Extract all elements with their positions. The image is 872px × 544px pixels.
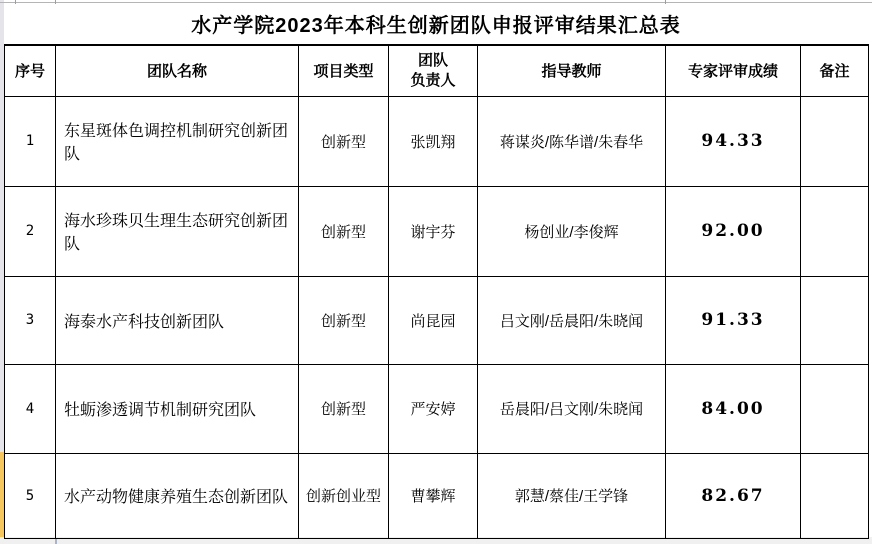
header-team-name: 团队名称 xyxy=(56,45,299,96)
cell-serial: 2 xyxy=(5,186,56,276)
cell-team-name: 海泰水产科技创新团队 xyxy=(56,276,299,364)
cell-leader: 曹攀辉 xyxy=(389,453,478,538)
gridline-tick xyxy=(55,538,57,544)
cell-score: 84.00 xyxy=(666,364,801,453)
table-row: 2 海水珍珠贝生理生态研究创新团队 创新型 谢宇芬 杨创业/李俊辉 92.00 xyxy=(5,186,869,276)
cell-leader: 严安婷 xyxy=(389,364,478,453)
cell-project-type: 创新型 xyxy=(299,186,389,276)
cell-advisors: 岳晨阳/吕文刚/朱晓闻 xyxy=(478,364,666,453)
cell-remarks xyxy=(801,276,869,364)
header-serial: 序号 xyxy=(5,45,56,96)
cell-serial: 3 xyxy=(5,276,56,364)
header-project-type: 项目类型 xyxy=(299,45,389,96)
cell-advisors: 杨创业/李俊辉 xyxy=(478,186,666,276)
cell-advisors: 郭慧/蔡佳/王学锋 xyxy=(478,453,666,538)
header-score: 专家评审成绩 xyxy=(666,45,801,96)
cell-advisors: 蒋谋炎/陈华谱/朱春华 xyxy=(478,96,666,186)
header-remarks: 备注 xyxy=(801,45,869,96)
cell-serial: 5 xyxy=(5,453,56,538)
cell-team-name: 牡蛎渗透调节机制研究团队 xyxy=(56,364,299,453)
cell-remarks xyxy=(801,453,869,538)
cell-remarks xyxy=(801,364,869,453)
sheet-canvas: 水产学院2023年本科生创新团队申报评审结果汇总表 序号 团队名称 项目类型 团… xyxy=(0,0,872,544)
page-title: 水产学院2023年本科生创新团队申报评审结果汇总表 xyxy=(4,3,868,44)
table-row: 1 东星斑体色调控机制研究创新团队 创新型 张凯翔 蒋谋炎/陈华谱/朱春华 94… xyxy=(5,96,869,186)
cell-project-type: 创新创业型 xyxy=(299,453,389,538)
cell-leader: 谢宇芬 xyxy=(389,186,478,276)
cell-leader: 张凯翔 xyxy=(389,96,478,186)
cell-project-type: 创新型 xyxy=(299,96,389,186)
cell-advisors: 吕文刚/岳晨阳/朱晓闻 xyxy=(478,276,666,364)
cell-project-type: 创新型 xyxy=(299,364,389,453)
cell-remarks xyxy=(801,96,869,186)
header-leader: 团队 负责人 xyxy=(389,45,478,96)
cell-remarks xyxy=(801,186,869,276)
cell-score: 94.33 xyxy=(666,96,801,186)
cell-team-name: 海水珍珠贝生理生态研究创新团队 xyxy=(56,186,299,276)
cell-score: 91.33 xyxy=(666,276,801,364)
results-table: 序号 团队名称 项目类型 团队 负责人 指导教师 专家评审成绩 备注 1 东星斑… xyxy=(4,44,869,539)
cell-team-name: 水产动物健康养殖生态创新团队 xyxy=(56,453,299,538)
cell-serial: 4 xyxy=(5,364,56,453)
table-header-row: 序号 团队名称 项目类型 团队 负责人 指导教师 专家评审成绩 备注 xyxy=(5,45,869,96)
header-advisors: 指导教师 xyxy=(478,45,666,96)
cell-score: 82.67 xyxy=(666,453,801,538)
cell-score: 92.00 xyxy=(666,186,801,276)
table-row: 5 水产动物健康养殖生态创新团队 创新创业型 曹攀辉 郭慧/蔡佳/王学锋 82.… xyxy=(5,453,869,538)
table-row: 3 海泰水产科技创新团队 创新型 尚昆园 吕文刚/岳晨阳/朱晓闻 91.33 xyxy=(5,276,869,364)
cell-leader: 尚昆园 xyxy=(389,276,478,364)
table-row: 4 牡蛎渗透调节机制研究团队 创新型 严安婷 岳晨阳/吕文刚/朱晓闻 84.00 xyxy=(5,364,869,453)
cell-serial: 1 xyxy=(5,96,56,186)
cell-project-type: 创新型 xyxy=(299,276,389,364)
cell-team-name: 东星斑体色调控机制研究创新团队 xyxy=(56,96,299,186)
